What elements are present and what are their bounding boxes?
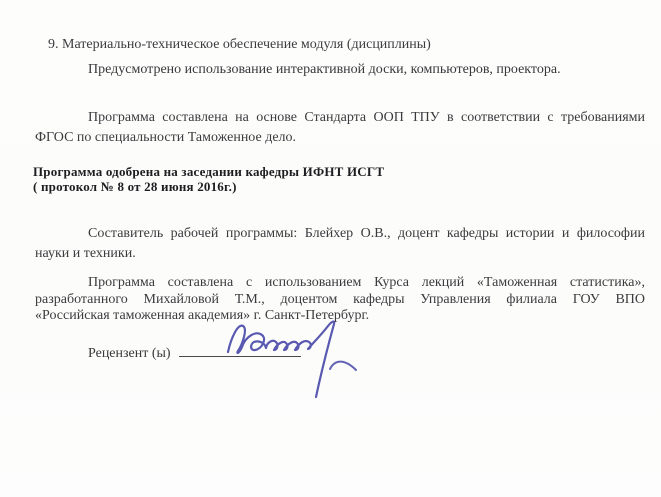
scanned-document-page: 9. Материально-техническое обеспечение м… <box>0 0 661 497</box>
section-note: Предусмотрено использование интерактивно… <box>88 62 561 78</box>
paragraph-line: Программа составлена с использованием Ку… <box>35 275 645 292</box>
approval-note: Программа одобрена на заседании кафедры … <box>33 165 384 194</box>
source-paragraph: Программа составлена с использованием Ку… <box>35 275 645 325</box>
compiler-paragraph: Составитель рабочей программы: Блейхер О… <box>35 224 645 264</box>
paragraph-line: «Российская таможенная академия» г. Санк… <box>35 308 645 325</box>
reviewer-label: Рецензент (ы) <box>88 346 171 361</box>
approval-line-1: Программа одобрена на заседании кафедры … <box>33 165 384 180</box>
reviewer-line: Рецензент (ы) <box>88 342 301 362</box>
signature-blank-line <box>179 342 301 357</box>
approval-line-2: ( протокол № 8 от 28 июня 2016г.) <box>33 180 384 195</box>
paragraph-line: науки и техники. <box>35 244 645 264</box>
standard-basis-paragraph: Программа составлена на основе Стандарта… <box>35 108 645 148</box>
paragraph-line: ФГОС по специальности Таможенное дело. <box>35 128 645 148</box>
section-heading: 9. Материально-техническое обеспечение м… <box>48 37 431 53</box>
paragraph-line: Составитель рабочей программы: Блейхер О… <box>35 224 645 244</box>
paragraph-line: Программа составлена на основе Стандарта… <box>35 108 645 128</box>
paragraph-line: разработанного Михайловой Т.М., доцентом… <box>35 292 645 309</box>
